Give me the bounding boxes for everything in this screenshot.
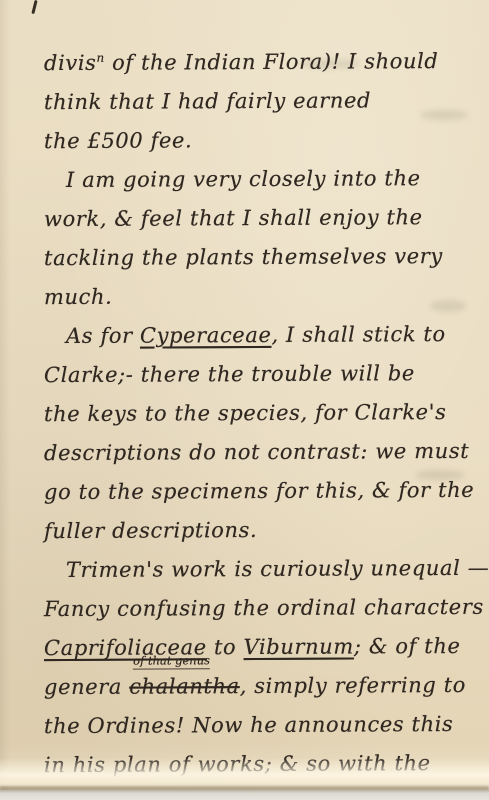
word-with-insertion: of that genuschalantha [129, 668, 240, 705]
manuscript-segment: the £500 fee. [44, 128, 192, 153]
manuscript-segment: As for [66, 324, 140, 348]
manuscript-segment: Trimen's work is curiously unequal — [66, 556, 489, 582]
manuscript-line: Fancy confusing the ordinal characters o… [44, 589, 471, 630]
manuscript-segment: chalantha [129, 674, 240, 699]
page-fold-highlight [0, 758, 489, 786]
manuscript-line: Trimen's work is curiously unequal — [44, 550, 471, 591]
manuscript-segment: work, & feel that I shall enjoy the [44, 205, 423, 231]
interlinear-insertion: of that genus [133, 655, 210, 669]
underlying-page-edge [0, 790, 489, 800]
manuscript-line: genera of that genuschalantha, simply re… [44, 667, 471, 708]
manuscript-line: go to the specimens for this, & for the [44, 472, 471, 513]
manuscript-line: the £500 fee. [44, 121, 471, 162]
manuscript-segment: ; & of the [354, 634, 461, 659]
manuscript-segment: to [207, 635, 244, 659]
manuscript-line: descriptions do not contrast: we must [44, 433, 471, 474]
manuscript-line: I am going very closely into the [44, 160, 471, 201]
manuscript-segment: I am going very closely into the [66, 166, 421, 192]
manuscript-segment: much. [44, 285, 113, 309]
manuscript-segment: , I shall stick to [271, 322, 445, 347]
manuscript-segment: divis [44, 51, 97, 75]
manuscript-segment: fuller descriptions. [44, 518, 257, 543]
manuscript-line: work, & feel that I shall enjoy the [44, 199, 471, 240]
manuscript-line: fuller descriptions. [44, 511, 471, 552]
manuscript-line: Caprifoliaceae to Viburnum; & of the [44, 628, 471, 669]
manuscript-line: the Ordines! Now he announces this [44, 706, 471, 747]
manuscript-segment: Cyperaceae [140, 323, 272, 348]
manuscript-segment: n [96, 51, 104, 65]
stray-ink-mark [31, 0, 37, 14]
manuscript-line: Clarke;- there the trouble will be [44, 355, 471, 396]
manuscript-segment: genera [44, 675, 129, 699]
manuscript-line: much. [44, 277, 471, 318]
manuscript-segment: tackling the plants themselves very [44, 244, 443, 270]
manuscript-line: divisn of the Indian Flora)! I should [44, 43, 471, 84]
manuscript-segment: of the Indian Flora)! I should [105, 49, 439, 75]
manuscript-segment: Clarke;- there the trouble will be [44, 361, 415, 387]
manuscript-segment: think that I had fairly earned [44, 88, 371, 114]
letter-page: divisn of the Indian Flora)! I shouldthi… [0, 0, 489, 800]
manuscript-line: the keys to the species, for Clarke's [44, 394, 471, 435]
manuscript-segment: the keys to the species, for Clarke's [44, 400, 447, 426]
manuscript-line: As for Cyperaceae, I shall stick to [44, 316, 471, 357]
manuscript-segment: the Ordines! Now he announces this [44, 712, 454, 738]
manuscript-line: think that I had fairly earned [44, 82, 471, 123]
manuscript-segment: descriptions do not contrast: we must [44, 439, 469, 465]
paper-edge-shade [0, 0, 10, 800]
manuscript-segment: , simply referring to [240, 673, 466, 698]
manuscript-segment: Viburnum [243, 634, 353, 659]
manuscript-segment: Fancy confusing the ordinal characters o… [44, 595, 489, 621]
manuscript-segment: go to the specimens for this, & for the [44, 478, 474, 504]
manuscript-line: tackling the plants themselves very [44, 238, 471, 279]
manuscript-text: divisn of the Indian Flora)! I shouldthi… [44, 44, 471, 785]
